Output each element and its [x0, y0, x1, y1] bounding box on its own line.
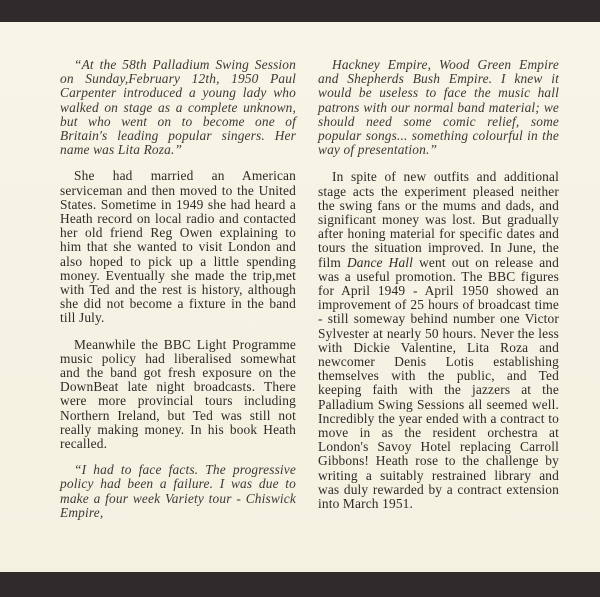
paragraph-experiment-and-savoy: In spite of new outfits and additional s… [318, 170, 559, 511]
booklet-page: “At the 58th Palladium Swing Session on … [0, 22, 600, 572]
quote-heath-recall-start: “I had to face facts. The progressive po… [60, 463, 296, 520]
paragraph-lita-roza-background: She had married an American serviceman a… [60, 169, 296, 325]
right-column: Hackney Empire, Wood Green Empire and Sh… [318, 58, 559, 523]
bottom-dark-border [0, 572, 600, 597]
paragraph-bbc-light-programme: Meanwhile the BBC Light Programme music … [60, 338, 296, 452]
quote-heath-recall-continued: Hackney Empire, Wood Green Empire and Sh… [318, 58, 559, 157]
top-dark-border [0, 0, 600, 22]
left-column: “At the 58th Palladium Swing Session on … [60, 58, 296, 532]
quote-lita-roza-intro: “At the 58th Palladium Swing Session on … [60, 58, 296, 157]
paragraph-text-after-film: went out on release and was a useful pro… [318, 255, 559, 511]
film-title: Dance Hall [347, 255, 413, 270]
